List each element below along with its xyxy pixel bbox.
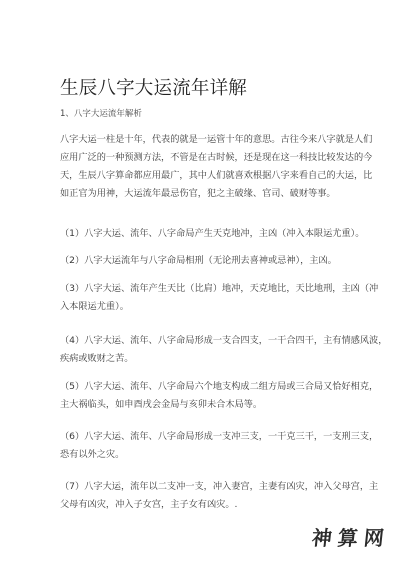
paragraph-line: 疾病或败财之苦。 xyxy=(60,350,352,368)
list-item-2: （2）八字大运流年与八字命局相刑（无论刑去喜神或忌神），主凶。 xyxy=(60,252,352,270)
paragraph-line: （7）八字大运，流年以二支冲一支，冲入妻宫，主妻有凶灾，冲入父母宫，主 xyxy=(60,478,352,496)
paragraph-line: （3）八字大运、流年产生天比（比肩）地冲，天克地比，天比地刑，主凶（冲 xyxy=(60,280,352,298)
paragraph-line: （2）八字大运流年与八字命局相刑（无论刑去喜神或忌神），主凶。 xyxy=(60,252,352,270)
list-item-4: （4）八字大运、流年、八字命局形成一支合四支，一干合四干，主有情感风波， 疾病或… xyxy=(60,332,352,368)
paragraph-line: （6）八字大运、流年、八字命局形成一支冲三支，一干克三干，一支刑三支， xyxy=(60,428,352,446)
paragraph-line: 恐有以外之灾。 xyxy=(60,446,352,464)
paragraph-line: 应用广泛的一种预测方法，不管是在古时候，还是现在这一科技比较发达的今 xyxy=(60,149,352,167)
paragraph-line: （4）八字大运、流年、八字命局形成一支合四支，一干合四干，主有情感风波， xyxy=(60,332,352,350)
watermark-logo: 神算网 xyxy=(310,522,391,551)
list-item-3: （3）八字大运、流年产生天比（比肩）地冲，天克地比，天比地刑，主凶（冲 入本限运… xyxy=(60,280,352,316)
paragraph-line: 八字大运一柱是十年，代表的就是一运管十年的意思。古往今来八字就是人们 xyxy=(60,131,352,149)
section-heading: 1、八字大运流年解析 xyxy=(60,107,142,119)
list-item-5: （5）八字大运、流年、八字命局六个地支构成二组方局或三合局又恰好相克， 主大祸临… xyxy=(60,378,352,414)
paragraph-line: 如正官为用神，大运流年最忌伤官，犯之主破缘、官司、破财等事。 xyxy=(60,185,352,203)
paragraph-line: 天，生辰八字算命都应用最广，其中人们就喜欢根据八字来看自己的大运，比 xyxy=(60,167,352,185)
paragraph-line: 父母有凶灾，冲入子女宫，主子女有凶灾。. xyxy=(60,496,352,514)
paragraph-line: （5）八字大运、流年、八字命局六个地支构成二组方局或三合局又恰好相克， xyxy=(60,378,352,396)
page-title: 生辰八字大运流年详解 xyxy=(60,74,247,100)
list-item-7: （7）八字大运，流年以二支冲一支，冲入妻宫，主妻有凶灾，冲入父母宫，主 父母有凶… xyxy=(60,478,352,514)
paragraph-line: 入本限运尤重）。 xyxy=(60,298,352,316)
list-item-1: （1）八字大运、流年、八字命局产生天克地冲，主凶（冲入本限运尤重）。 xyxy=(60,225,352,243)
list-item-6: （6）八字大运、流年、八字命局形成一支冲三支，一干克三干，一支刑三支， 恐有以外… xyxy=(60,428,352,464)
paragraph-line: （1）八字大运、流年、八字命局产生天克地冲，主凶（冲入本限运尤重）。 xyxy=(60,225,352,243)
document-page: 生辰八字大运流年详解 1、八字大运流年解析 八字大运一柱是十年，代表的就是一运管… xyxy=(0,0,400,566)
paragraph-line: 主大祸临头，如申酉戌会金局与亥卯未合木局等。 xyxy=(60,396,352,414)
intro-paragraph: 八字大运一柱是十年，代表的就是一运管十年的意思。古往今来八字就是人们 应用广泛的… xyxy=(60,131,352,203)
